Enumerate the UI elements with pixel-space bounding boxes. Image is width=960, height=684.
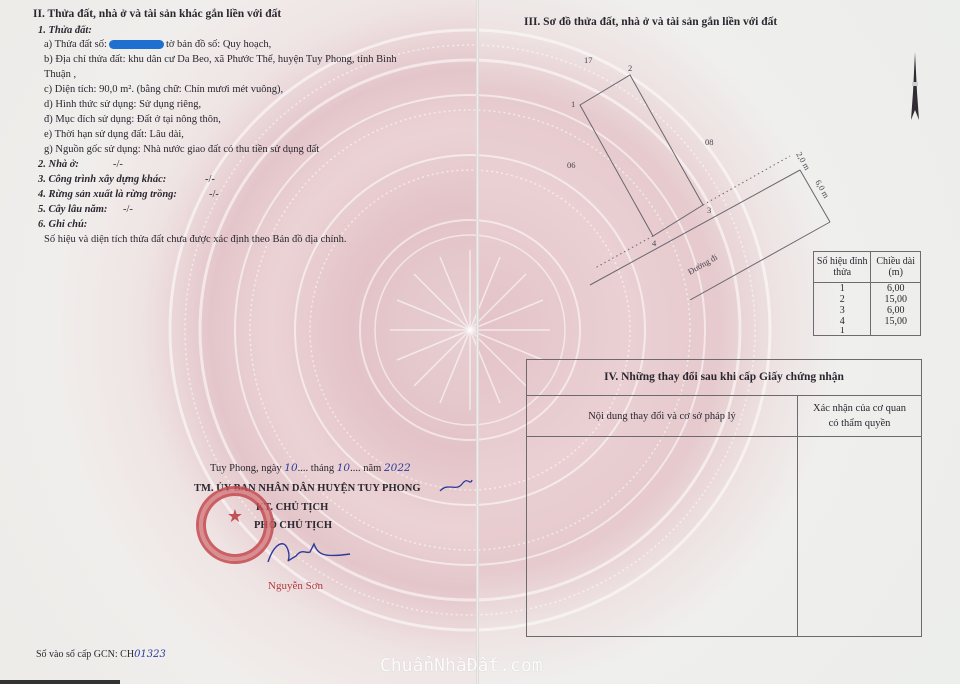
land-heading: 1. Thửa đất:: [38, 24, 92, 37]
table-row: 36,00: [814, 305, 921, 316]
sign-year: 2022: [384, 462, 411, 474]
svg-text:2,0 m: 2,0 m: [794, 150, 813, 172]
table-row: 16,00: [814, 283, 921, 295]
item-house-label: 2. Nhà ở:: [38, 158, 79, 171]
svg-text:6,0 m: 6,0 m: [813, 178, 832, 200]
land-parcel-line: a) Thửa đất số:tờ bản đồ số: Quy hoạch,: [44, 38, 271, 51]
item-construction-label: 3. Công trình xây dựng khác:: [38, 173, 166, 186]
edge-length-table: Số hiệu đỉnh thửa Chiều dài (m) 16,00 21…: [813, 251, 921, 336]
svg-text:08: 08: [705, 137, 714, 147]
section4-title: IV. Những thay đổi sau khi cấp Giấy chứn…: [527, 360, 921, 396]
sign-month: 10: [337, 462, 350, 474]
land-address-line1: b) Địa chỉ thửa đất: khu dân cư Da Beo, …: [44, 53, 397, 66]
item-perennial-value: -/-: [123, 203, 133, 216]
parcel-diagram: 17 08 06 1 2 3 4 Đường đi 2,0 m 6,0 m: [540, 50, 840, 300]
sign-date-line: Tuy Phong, ngày 10.... tháng 10.... năm …: [210, 462, 411, 475]
changes-confirmation-cell: [798, 437, 921, 636]
table-row: 415,00: [814, 316, 921, 327]
edge-table-header-vertex: Số hiệu đỉnh thửa: [814, 252, 871, 283]
svg-text:3: 3: [707, 205, 711, 215]
section3-title: III. Sơ đồ thửa đất, nhà ở và tài sản gắ…: [524, 16, 777, 29]
land-address-line2: Thuận ,: [44, 68, 76, 81]
note-heading: 6. Ghi chú:: [38, 218, 87, 231]
svg-text:06: 06: [567, 160, 576, 170]
item-construction-value: -/-: [205, 173, 215, 186]
land-origin: g) Nguồn gốc sử dụng: Nhà nước giao đất …: [44, 143, 319, 156]
svg-text:2: 2: [628, 63, 632, 73]
north-arrow-icon: [908, 52, 922, 122]
redaction-mark: [109, 40, 164, 49]
initials-mark-icon: [438, 478, 474, 494]
registry-number: 01323: [134, 649, 166, 660]
table-row: 215,00: [814, 294, 921, 305]
item-perennial-label: 5. Cây lâu năm:: [38, 203, 107, 216]
registry-line: Số vào sổ cấp GCN: CH01323: [36, 648, 166, 661]
signature-icon: [262, 534, 354, 570]
edge-table-body: 16,00 215,00 36,00 415,00 1: [814, 283, 921, 336]
page-fold: [476, 0, 479, 684]
svg-text:17: 17: [584, 55, 593, 65]
land-usage-term: e) Thời hạn sử dụng đất: Lâu dài,: [44, 128, 184, 141]
item-house-value: -/-: [113, 158, 123, 171]
sign-day: 10: [284, 462, 297, 474]
item-forest-value: -/-: [209, 188, 219, 201]
photo-edge-strip: [0, 680, 120, 684]
svg-text:1: 1: [571, 99, 575, 109]
svg-text:4: 4: [652, 238, 657, 248]
note-text: Số hiệu và diện tích thửa đất chưa được …: [44, 233, 347, 246]
changes-col-confirmation: Xác nhận của cơ quancó thẩm quyền: [798, 396, 921, 436]
table-row: 1: [814, 327, 921, 336]
site-watermark: ChuẩnNhàĐất.com: [380, 655, 543, 676]
signer-name: Nguyễn Sơn: [268, 580, 323, 593]
land-usage-form: d) Hình thức sử dụng: Sử dụng riêng,: [44, 98, 201, 111]
changes-col-content: Nội dung thay đổi và cơ sở pháp lý: [527, 396, 798, 436]
changes-content-cell: [527, 437, 798, 636]
section2-title: II. Thửa đất, nhà ở và tài sản khác gắn …: [33, 8, 281, 21]
land-usage-purpose: đ) Mục đích sử dụng: Đất ở tại nông thôn…: [44, 113, 221, 126]
land-area: c) Diện tích: 90,0 m². (bằng chữ: Chín m…: [44, 83, 283, 96]
changes-table: IV. Những thay đổi sau khi cấp Giấy chứn…: [526, 359, 922, 637]
edge-table-header-length: Chiều dài (m): [871, 252, 921, 283]
item-forest-label: 4. Rừng sản xuất là rừng trồng:: [38, 188, 177, 201]
road-label: Đường đi: [686, 252, 720, 277]
